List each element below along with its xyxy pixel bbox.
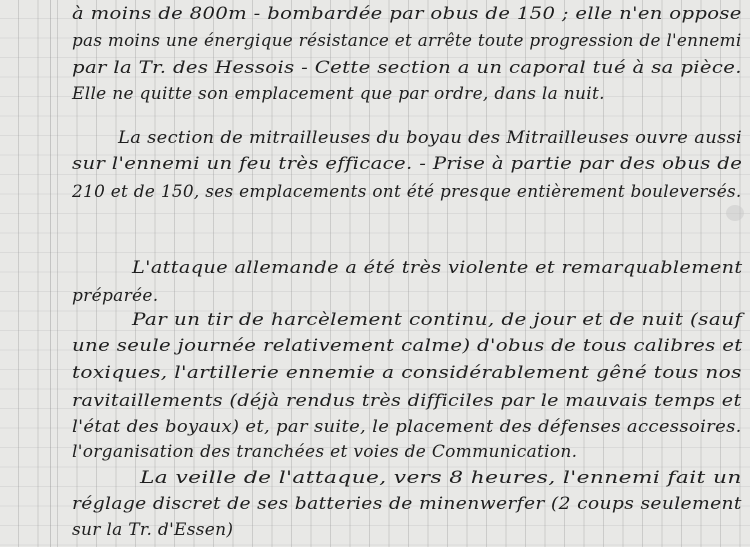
text-line: sur la Tr. d'Essen) bbox=[72, 520, 233, 540]
text-line: pas moins une énergique résistance et ar… bbox=[72, 31, 742, 51]
text-line: une seule journée relativement calme) d'… bbox=[72, 336, 743, 356]
text-line: 210 et de 150, ses emplacements ont été … bbox=[72, 182, 742, 202]
paper-stain bbox=[726, 205, 744, 221]
text-line: ravitaillements (déjà rendus très diffic… bbox=[72, 391, 742, 411]
text-line: par la Tr. des Hessois - Cette section a… bbox=[72, 58, 742, 78]
text-line: à moins de 800m - bombardée par obus de … bbox=[72, 4, 742, 24]
text-line: préparée. bbox=[72, 286, 158, 306]
text-line: l'organisation des tranchées et voies de… bbox=[72, 442, 577, 462]
text-line: réglage discret de ses batteries de mine… bbox=[72, 494, 742, 514]
text-line: Elle ne quitte son emplacement que par o… bbox=[72, 84, 605, 104]
paragraph-start-line: La section de mitrailleuses du boyau des… bbox=[118, 128, 742, 148]
paragraph-start-line: Par un tir de harcèlement continu, de jo… bbox=[132, 310, 742, 330]
paragraph-start-line: L'attaque allemande a été très violente … bbox=[132, 258, 743, 278]
text-line: toxiques, l'artillerie ennemie a considé… bbox=[72, 363, 742, 383]
text-line: sur l'ennemi un feu très efficace. - Pri… bbox=[72, 154, 742, 174]
margin-line bbox=[50, 0, 51, 547]
paragraph-start-line: La veille de l'attaque, vers 8 heures, l… bbox=[140, 468, 742, 488]
text-line: l'état des boyaux) et, par suite, le pla… bbox=[72, 417, 742, 437]
